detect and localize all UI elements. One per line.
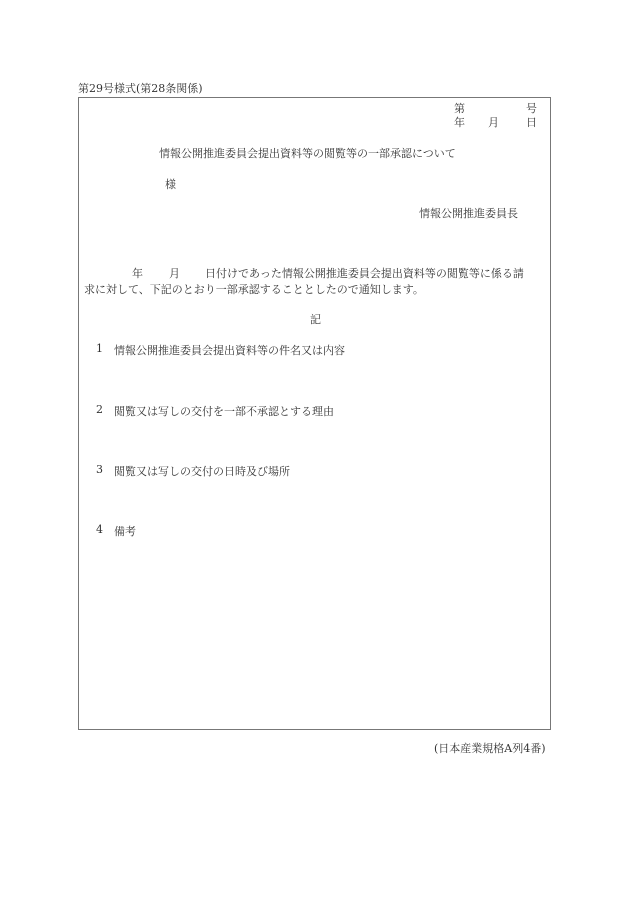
sender-title: 情報公開推進委員長 (419, 205, 518, 221)
date-month: 月 (488, 114, 499, 130)
document-title: 情報公開推進委員会提出資料等の閲覧等の一部承認について (159, 145, 456, 161)
addressee-suffix: 様 (165, 176, 176, 192)
paper-size-note: (日本産業規格A列4番) (434, 740, 546, 756)
form-number: 第29号様式(第28条関係) (78, 80, 203, 96)
body-line-2: 求に対して、下記のとおり一部承認することとしたので通知します。 (84, 281, 424, 297)
item-3-label: 閲覧又は写しの交付の日時及び場所 (114, 463, 290, 479)
body-line-1: 日付けであった情報公開推進委員会提出資料等の閲覧等に係る請 (205, 265, 524, 281)
date-year: 年 (454, 114, 465, 130)
item-4-label: 備考 (114, 523, 136, 539)
body-date-year: 年 (132, 265, 143, 281)
item-4-number: 4 (96, 523, 103, 536)
item-2-number: 2 (96, 403, 103, 416)
item-3-number: 3 (96, 463, 103, 476)
item-2-label: 閲覧又は写しの交付を一部不承認とする理由 (114, 403, 334, 419)
item-1-label: 情報公開推進委員会提出資料等の件名又は内容 (114, 342, 345, 358)
ki-heading: 記 (310, 311, 321, 327)
item-1-number: 1 (96, 342, 103, 355)
date-day: 日 (526, 114, 537, 130)
body-date-month: 月 (169, 265, 180, 281)
